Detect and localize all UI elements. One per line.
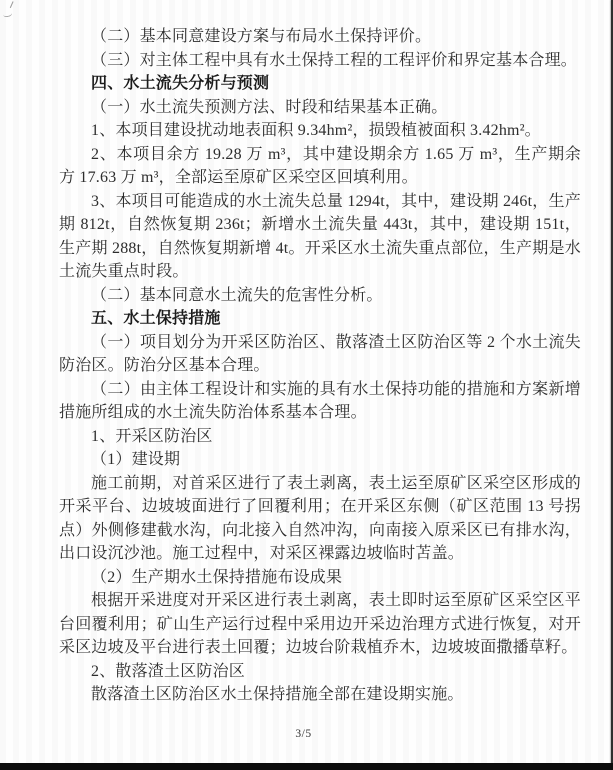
paragraph: 施工前期，对首采区进行了表土剥离，表土运至原矿区采空区形成的开采平台、边坡坡面进… <box>59 472 581 566</box>
paragraph: （一）水土流失预测方法、时段和结果基本正确。 <box>59 96 581 120</box>
scanner-bottom-bar <box>0 763 613 770</box>
document-text-block: （二）基本同意建设方案与布局水土保持评价。 （三）对主体工程中具有水土保持工程的… <box>59 25 581 707</box>
scan-artifact <box>2 10 12 18</box>
paragraph: 1、开采区防治区 <box>59 425 581 449</box>
paragraph: （三）对主体工程中具有水土保持工程的工程评价和界定基本合理。 <box>59 49 581 73</box>
paragraph: 散落渣土区防治区水土保持措施全部在建设期实施。 <box>59 683 581 707</box>
paragraph: 3、本项目可能造成的水土流失总量 1294t，其中，建设期 246t，生产期 8… <box>59 190 581 284</box>
paragraph: （二）基本同意水土流失的危害性分析。 <box>59 284 581 308</box>
scan-artifact <box>10 1 17 9</box>
paragraph: 2、本项目余方 19.28 万 m³，其中建设期余方 1.65 万 m³，生产期… <box>59 143 581 190</box>
paragraph: （2）生产期水土保持措施布设成果 <box>59 566 581 590</box>
scanned-document-page: （二）基本同意建设方案与布局水土保持评价。 （三）对主体工程中具有水土保持工程的… <box>0 0 613 770</box>
paragraph: （一）项目划分为开采区防治区、散落渣土区防治区等 2 个水土流失防治区。防治分区… <box>59 331 581 378</box>
section-heading: 四、水土流失分析与预测 <box>59 72 581 96</box>
paragraph: 2、散落渣土区防治区 <box>59 660 581 684</box>
section-heading: 五、水土保持措施 <box>59 307 581 331</box>
paragraph: （二）基本同意建设方案与布局水土保持评价。 <box>59 25 581 49</box>
paragraph: 根据开采进度对开采区进行表土剥离，表土即时运至原矿区采空区平台回覆利用；矿山生产… <box>59 589 581 660</box>
paragraph: （1）建设期 <box>59 448 581 472</box>
page-number: 3/5 <box>0 728 607 740</box>
paragraph: （二）由主体工程设计和实施的具有水土保持功能的措施和方案新增措施所组成的水土流失… <box>59 378 581 425</box>
paragraph: 1、本项目建设扰动地表面积 9.34hm²，损毁植被面积 3.42hm²。 <box>59 119 581 143</box>
